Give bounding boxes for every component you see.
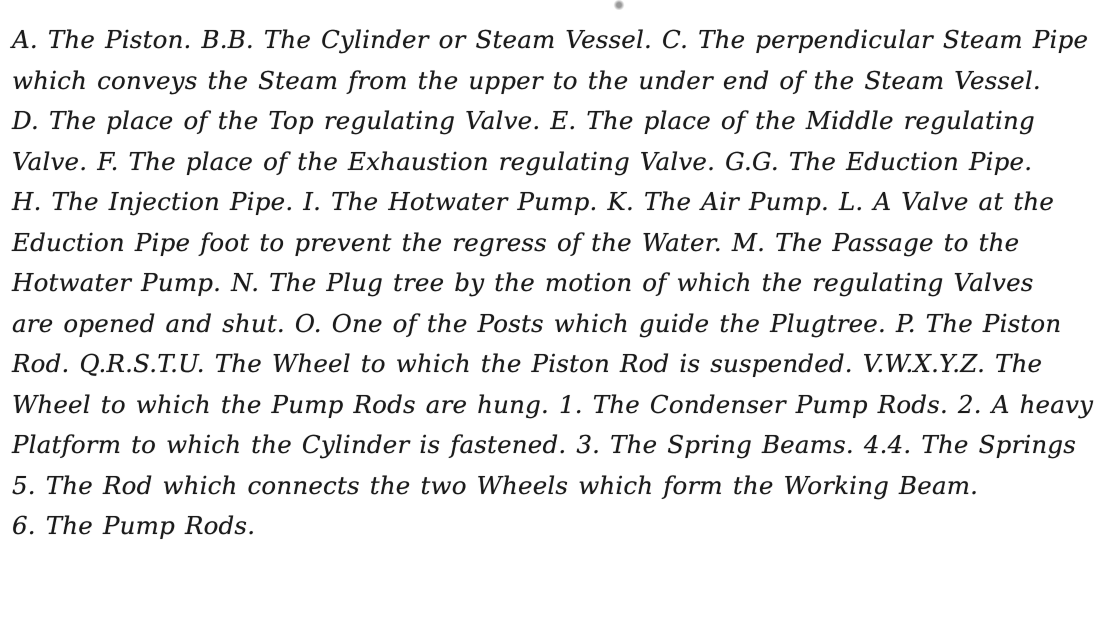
legend-line: 5. The Rod which connects the two Wheels…	[12, 466, 1112, 507]
legend-line: Valve. F. The place of the Exhaustion re…	[12, 142, 1112, 183]
legend-line: Eduction Pipe foot to prevent the regres…	[12, 223, 1112, 264]
legend-line: 6. The Pump Rods.	[12, 506, 1112, 547]
legend-line: D. The place of the Top regulating Valve…	[12, 101, 1112, 142]
ink-mark	[613, 0, 625, 10]
legend-line: Platform to which the Cylinder is fasten…	[12, 425, 1112, 466]
legend-line: Rod. Q.R.S.T.U. The Wheel to which the P…	[12, 344, 1112, 385]
legend-line: are opened and shut. O. One of the Posts…	[12, 304, 1112, 345]
legend-line: Wheel to which the Pump Rods are hung. 1…	[12, 385, 1112, 426]
document-page: A. The Piston. B.B. The Cylinder or Stea…	[0, 0, 1120, 626]
legend-line: A. The Piston. B.B. The Cylinder or Stea…	[12, 20, 1112, 61]
plate-legend-text: A. The Piston. B.B. The Cylinder or Stea…	[12, 20, 1112, 547]
legend-line: Hotwater Pump. N. The Plug tree by the m…	[12, 263, 1112, 304]
legend-line: which conveys the Steam from the upper t…	[12, 61, 1112, 102]
legend-line: H. The Injection Pipe. I. The Hotwater P…	[12, 182, 1112, 223]
